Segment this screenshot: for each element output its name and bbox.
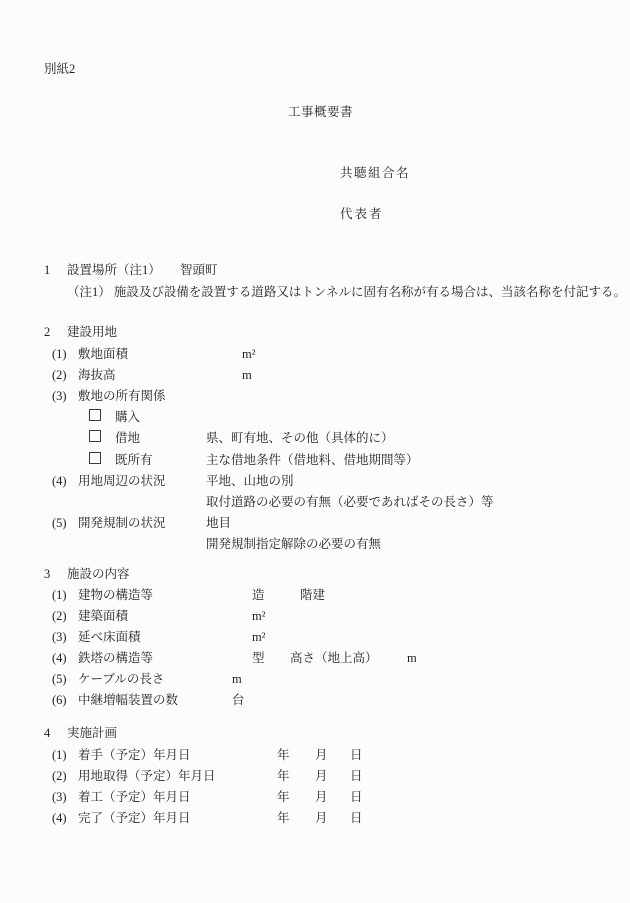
- item-number: (1): [52, 587, 67, 604]
- section3-heading-line: 3 施設の内容: [0, 566, 630, 583]
- item-desc: 開発規制指定解除の必要の有無: [206, 536, 381, 553]
- item-desc: 地目: [206, 515, 231, 532]
- item-label: 完了（予定）年月日: [78, 810, 191, 827]
- representative-line: 代表者: [0, 206, 630, 223]
- month-label: 月: [315, 747, 328, 764]
- item-label: 鉄塔の構造等: [78, 650, 153, 667]
- item-extra: 高さ（地上高）: [290, 650, 378, 667]
- surroundings-row: (4) 用地周辺の状況 平地、山地の別: [0, 473, 630, 490]
- section-number: 2: [44, 324, 50, 341]
- item-label: 建築面積: [78, 608, 128, 625]
- item-extra: 階建: [300, 587, 325, 604]
- start-date-row: (1) 着手（予定）年月日 年 月 日: [0, 747, 630, 764]
- floor-area-row: (3) 延べ床面積 m²: [0, 629, 630, 646]
- regulation-desc2-line: 開発規制指定解除の必要の有無: [0, 536, 630, 553]
- ownership-option-lease: 借地 県、町有地、その他（具体的に）: [0, 430, 630, 447]
- item-label: 敷地の所有関係: [78, 388, 166, 405]
- section-heading: 建設用地: [67, 324, 117, 341]
- completion-date-row: (4) 完了（予定）年月日 年 月 日: [0, 810, 630, 827]
- section4-heading-line: 4 実施計画: [0, 725, 630, 742]
- item-unit: m: [232, 671, 242, 688]
- ownership-row: (3) 敷地の所有関係: [0, 388, 630, 405]
- month-label: 月: [315, 810, 328, 827]
- construction-start-date-row: (3) 着工（予定）年月日 年 月 日: [0, 789, 630, 806]
- item-label: 用地周辺の状況: [78, 473, 166, 490]
- item-unit: m²: [242, 346, 255, 363]
- item-number: (5): [52, 515, 67, 532]
- month-label: 月: [315, 768, 328, 785]
- year-label: 年: [277, 810, 290, 827]
- land-acquisition-date-row: (2) 用地取得（予定）年月日 年 月 日: [0, 768, 630, 785]
- item-extra-unit: m: [407, 650, 417, 667]
- item-number: (2): [52, 367, 67, 384]
- item-unit: 型: [252, 650, 265, 667]
- association-name-label: 共聴組合名: [340, 165, 410, 182]
- item-number: (3): [52, 789, 67, 806]
- item-number: (1): [52, 346, 67, 363]
- item-number: (2): [52, 608, 67, 625]
- item-label: 開発規制の状況: [78, 515, 166, 532]
- item-number: (4): [52, 810, 67, 827]
- section-heading: 実施計画: [67, 725, 117, 742]
- item-number: (3): [52, 388, 67, 405]
- section-heading: 設置場所（注1）: [67, 262, 161, 279]
- item-label: 着手（予定）年月日: [78, 747, 191, 764]
- item-label: ケーブルの長さ: [78, 671, 164, 688]
- item-label: 着工（予定）年月日: [78, 789, 191, 806]
- item-label: 用地取得（予定）年月日: [78, 768, 216, 785]
- section2-heading-line: 2 建設用地: [0, 324, 630, 341]
- installation-place-value: 智頭町: [180, 262, 218, 279]
- building-area-row: (2) 建築面積 m²: [0, 608, 630, 625]
- amplifier-count-row: (6) 中継増幅装置の数 台: [0, 692, 630, 709]
- item-unit: m: [242, 367, 252, 384]
- item-number: (4): [52, 473, 67, 490]
- checkbox-label: 購入: [115, 409, 140, 426]
- item-label: 敷地面積: [78, 346, 128, 363]
- item-desc: 取付道路の必要の有無（必要であればその長さ）等: [206, 494, 494, 511]
- item-number: (5): [52, 671, 67, 688]
- year-label: 年: [277, 789, 290, 806]
- section-number: 1: [44, 262, 50, 279]
- section1-note-line: （注1） 施設及び設備を設置する道路又はトンネルに固有名称が有る場合は、当該名称…: [0, 284, 630, 301]
- day-label: 日: [350, 789, 363, 806]
- year-label: 年: [277, 747, 290, 764]
- checkbox-icon: [89, 409, 101, 421]
- document-page: 別紙2 工事概要書 共聴組合名 代表者 1 設置場所（注1） 智頭町 （注1） …: [0, 0, 630, 903]
- cable-length-row: (5) ケーブルの長さ m: [0, 671, 630, 688]
- checkbox-label: 既所有: [115, 452, 153, 469]
- item-desc: 県、町有地、その他（具体的に）: [206, 430, 394, 447]
- item-unit: m²: [252, 629, 265, 646]
- regulation-row: (5) 開発規制の状況 地目: [0, 515, 630, 532]
- item-number: (1): [52, 747, 67, 764]
- section-heading: 施設の内容: [67, 566, 130, 583]
- ownership-option-purchase: 購入: [0, 409, 630, 426]
- item-unit: 造: [252, 587, 265, 604]
- item-number: (2): [52, 768, 67, 785]
- attachment-line: 別紙2: [0, 61, 630, 78]
- note-text: （注1） 施設及び設備を設置する道路又はトンネルに固有名称が有る場合は、当該名称…: [67, 284, 626, 301]
- item-desc: 主な借地条件（借地料、借地期間等）: [206, 452, 419, 469]
- item-label: 建物の構造等: [78, 587, 153, 604]
- checkbox-icon: [89, 430, 101, 442]
- association-line: 共聴組合名: [0, 165, 630, 182]
- section-number: 3: [44, 566, 50, 583]
- item-number: (6): [52, 692, 67, 709]
- section1-heading-line: 1 設置場所（注1） 智頭町: [0, 262, 630, 279]
- attachment-label: 別紙2: [44, 61, 75, 78]
- item-label: 延べ床面積: [78, 629, 141, 646]
- item-label: 海抜高: [78, 367, 116, 384]
- item-number: (4): [52, 650, 67, 667]
- title-line: 工事概要書: [0, 104, 630, 121]
- item-number: (3): [52, 629, 67, 646]
- checkbox-label: 借地: [115, 430, 140, 447]
- altitude-row: (2) 海抜高 m: [0, 367, 630, 384]
- item-desc: 平地、山地の別: [206, 473, 294, 490]
- building-structure-row: (1) 建物の構造等 造 階建: [0, 587, 630, 604]
- surroundings-desc2-line: 取付道路の必要の有無（必要であればその長さ）等: [0, 494, 630, 511]
- tower-structure-row: (4) 鉄塔の構造等 型 高さ（地上高） m: [0, 650, 630, 667]
- site-area-row: (1) 敷地面積 m²: [0, 346, 630, 363]
- day-label: 日: [350, 768, 363, 785]
- ownership-option-owned: 既所有 主な借地条件（借地料、借地期間等）: [0, 452, 630, 469]
- item-unit: m²: [252, 608, 265, 625]
- day-label: 日: [350, 810, 363, 827]
- representative-label: 代表者: [340, 206, 384, 223]
- section-number: 4: [44, 725, 50, 742]
- page-title: 工事概要書: [288, 104, 353, 121]
- item-unit: 台: [232, 692, 245, 709]
- day-label: 日: [350, 747, 363, 764]
- year-label: 年: [277, 768, 290, 785]
- item-label: 中継増幅装置の数: [78, 692, 178, 709]
- checkbox-icon: [89, 452, 101, 464]
- month-label: 月: [315, 789, 328, 806]
